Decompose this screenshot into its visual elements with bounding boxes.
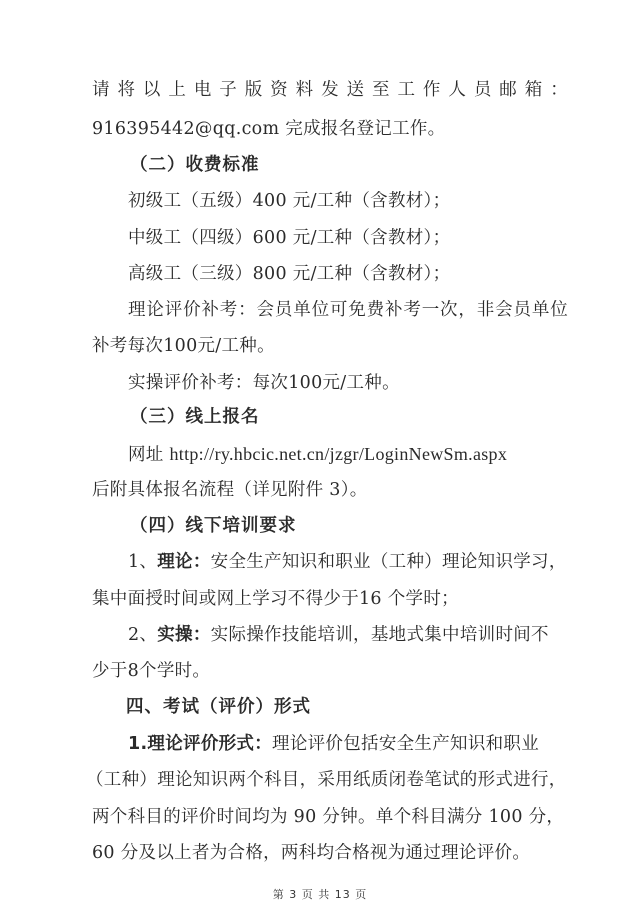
retake-practical: 实操评价补考：每次100元/工种。 xyxy=(128,371,400,395)
url-label: 网址 xyxy=(128,445,169,465)
practical-number: 2、 xyxy=(128,625,157,645)
page-number-footer: 第 3 页 共 13 页 xyxy=(0,886,640,902)
registration-url[interactable]: http://ry.hbcic.net.cn/jzgr/LoginNewSm.a… xyxy=(169,444,507,464)
registration-url-line: 网址 http://ry.hbcic.net.cn/jzgr/LoginNewS… xyxy=(128,442,507,467)
theory-requirement-line1: 1、理论：安全生产知识和职业（工种）理论知识学习， xyxy=(128,550,570,574)
online-registration-heading: （三）线上报名 xyxy=(130,405,260,429)
exam-form-line2: （工种）理论知识两个科目，采用纸质闭卷笔试的形式进行， xyxy=(86,768,567,792)
retake-theory-line1: 理论评价补考：会员单位可免费补考一次，非会员单位 xyxy=(128,298,568,322)
exam-form-line3: 两个科目的评价时间均为 90 分钟。单个科目满分 100 分， xyxy=(92,805,564,829)
email-instruction-line1: 请将以上电子版资料发送至工作人员邮箱： xyxy=(92,78,568,102)
exam-form-line4: 60 分及以上者为合格，两科均合格视为通过理论评价。 xyxy=(92,841,530,865)
exam-form-heading: 四、考试（评价）形式 xyxy=(126,695,311,719)
fee-junior: 初级工（五级）400 元/工种（含教材）； xyxy=(128,189,450,213)
theory-requirement-line2: 集中面授时间或网上学习不得少于16 个学时； xyxy=(92,587,459,611)
practical-requirement-line2: 少于8个学时。 xyxy=(92,659,210,683)
email-instruction-line2: 916395442@qq.com 完成报名登记工作。 xyxy=(92,117,445,141)
exam-form-text: 理论评价包括安全生产知识和职业 xyxy=(272,734,539,754)
fee-standard-heading: （二）收费标准 xyxy=(130,153,260,177)
practical-requirement-line1: 2、实操：实际操作技能培训，基地式集中培训时间不 xyxy=(128,623,549,647)
practical-label: 实操： xyxy=(157,625,210,645)
exam-form-label: 1.理论评价形式： xyxy=(128,734,272,754)
fee-senior: 高级工（三级）800 元/工种（含教材）； xyxy=(128,262,450,286)
retake-theory-line2: 补考每次100元/工种。 xyxy=(92,334,275,358)
practical-text: 实际操作技能培训，基地式集中培训时间不 xyxy=(211,625,549,645)
exam-form-line1: 1.理论评价形式：理论评价包括安全生产知识和职业 xyxy=(128,732,539,756)
theory-number: 1、 xyxy=(128,552,157,572)
registration-process-note: 后附具体报名流程（详见附件 3）。 xyxy=(92,478,368,502)
document-page: 请将以上电子版资料发送至工作人员邮箱： 916395442@qq.com 完成报… xyxy=(0,0,640,920)
fee-intermediate: 中级工（四级）600 元/工种（含教材）； xyxy=(128,226,450,250)
theory-label: 理论： xyxy=(157,552,210,572)
offline-training-heading: （四）线下培训要求 xyxy=(130,514,297,538)
theory-text: 安全生产知识和职业（工种）理论知识学习， xyxy=(211,552,567,572)
